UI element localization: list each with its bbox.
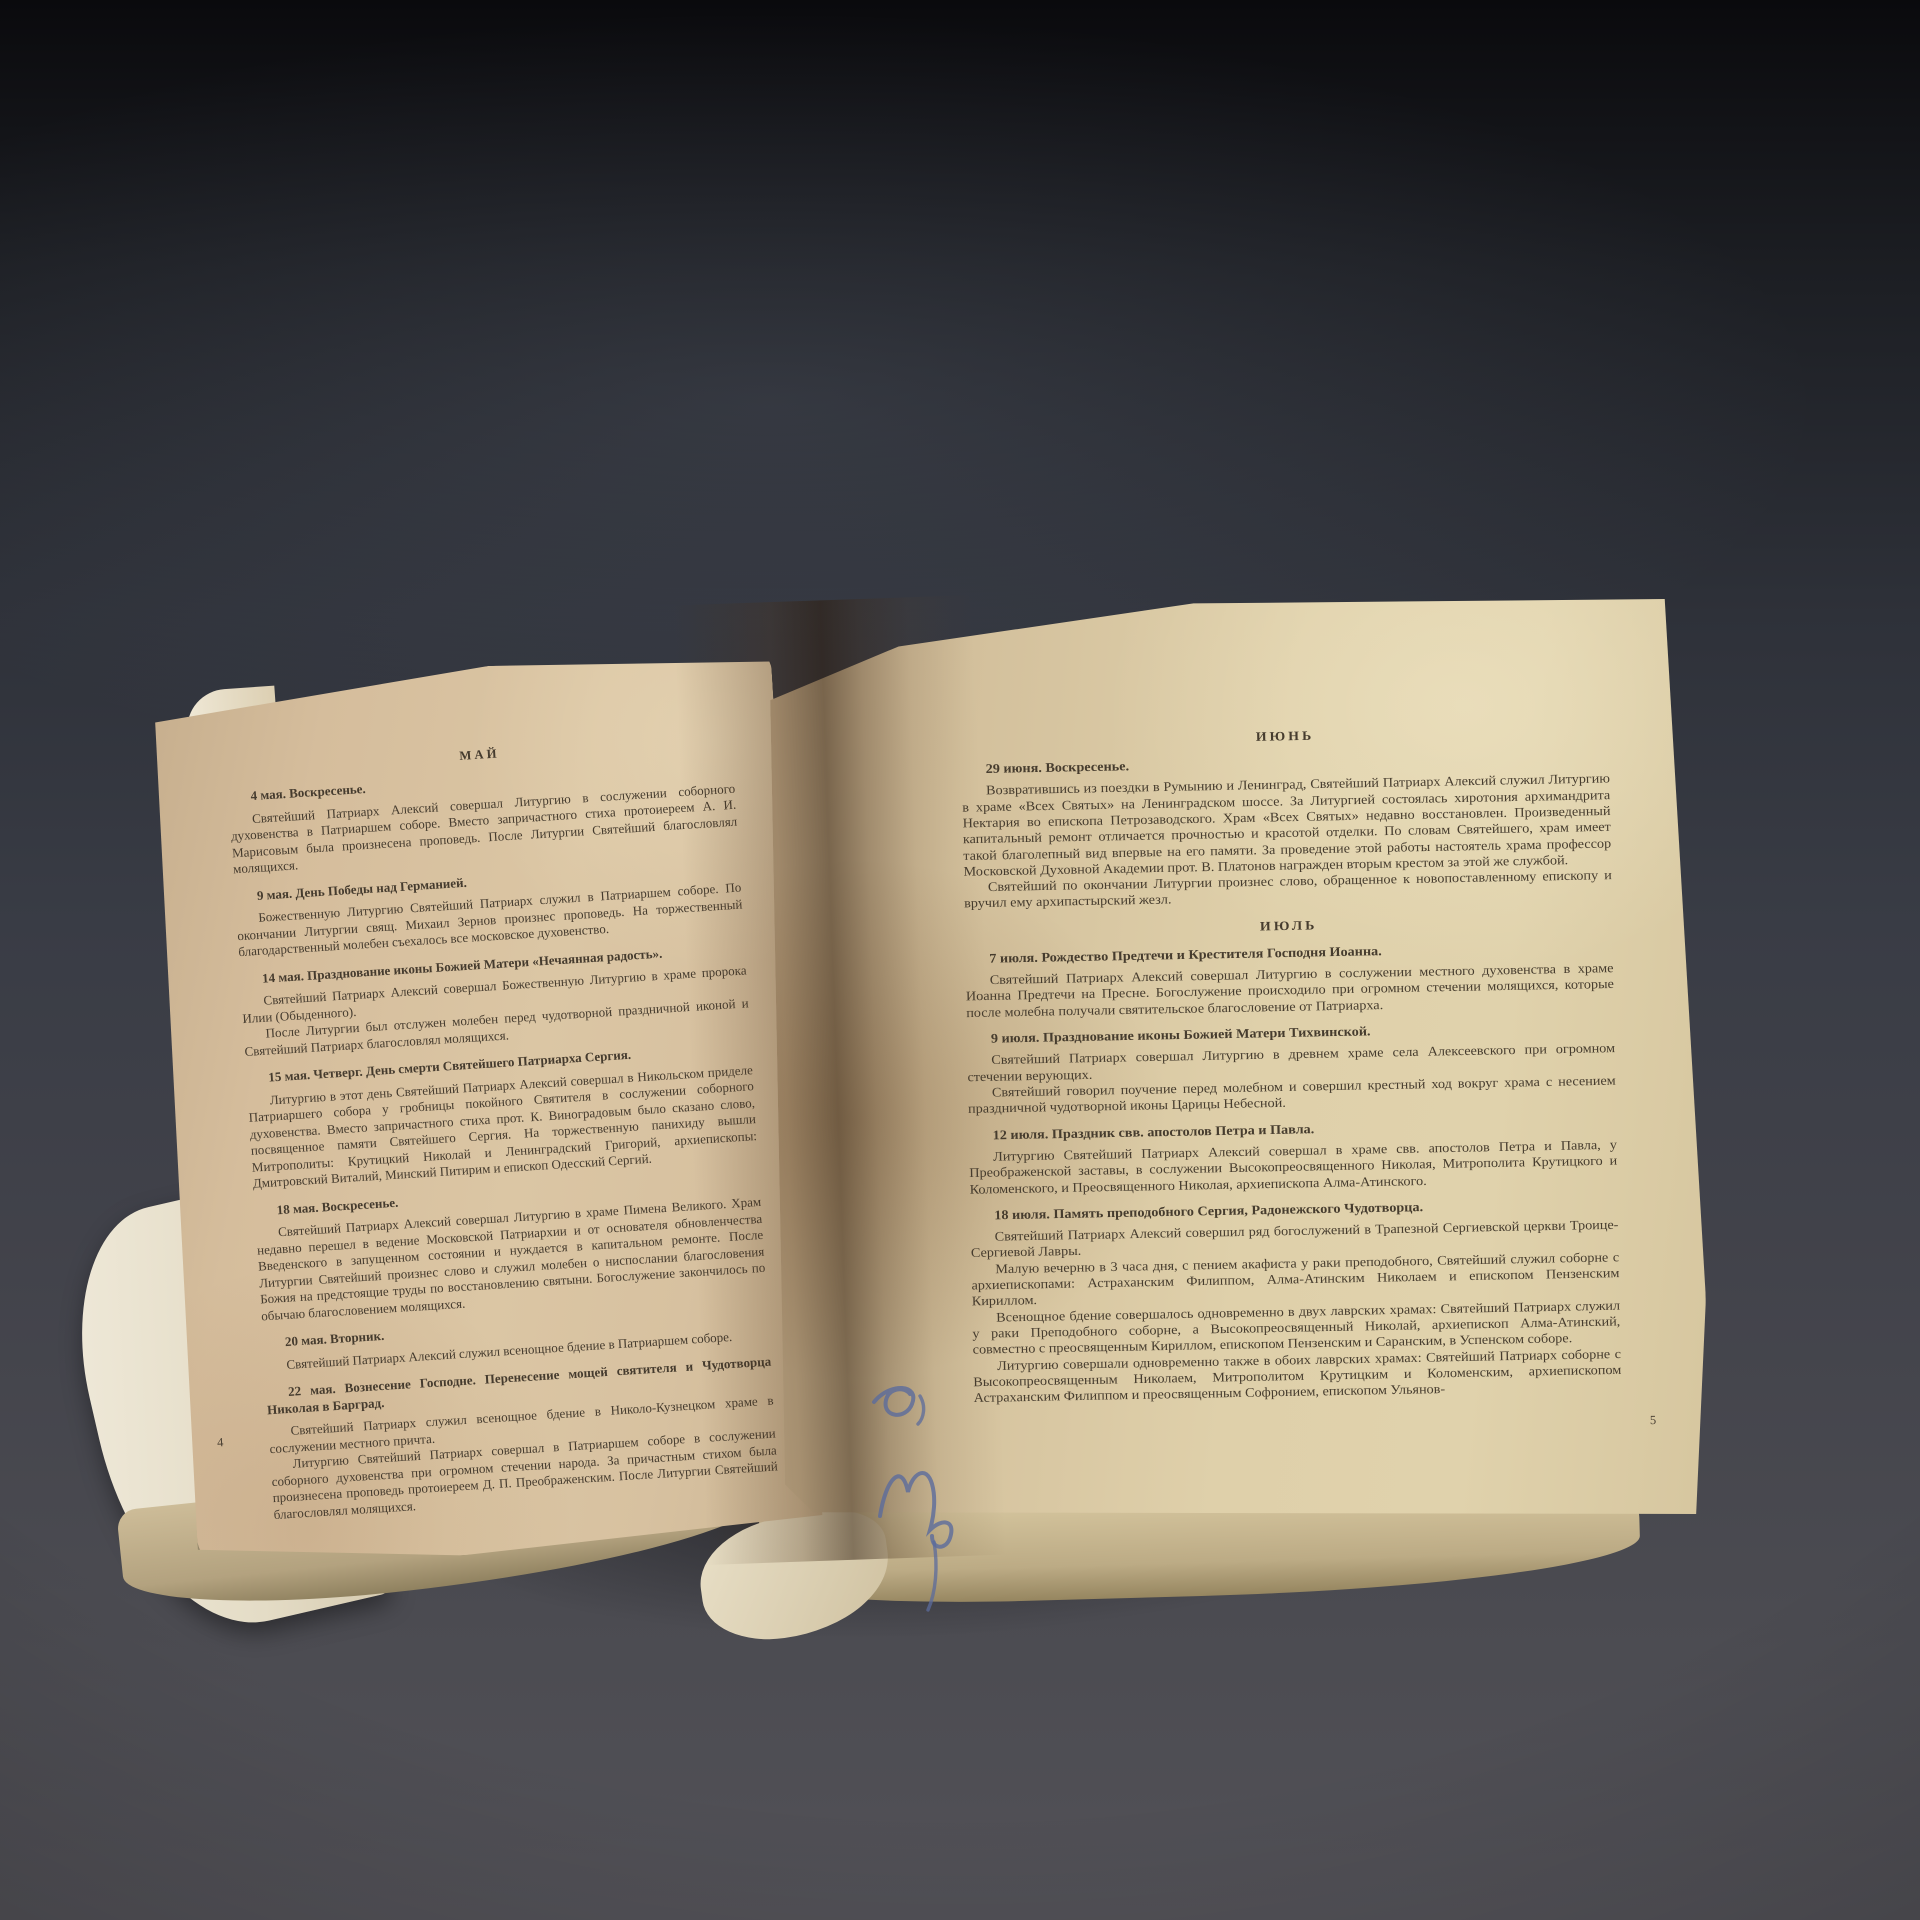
right-page-text-column: ИЮНЬ 29 июня. Воскресенье. Возвратившись… [961,711,1622,1407]
entry: 22 мая. Вознесение Господне. Перенесение… [266,1354,780,1523]
entry: 14 мая. Празднование иконы Божией Матери… [240,940,751,1060]
month-header-july: ИЮЛЬ [965,913,1613,941]
entry: 18 мая. Воскресенье. Святейший Патриарх … [254,1172,767,1325]
left-page-text-column: МАЙ 4 мая. Воскресенье. Святейший Патриа… [226,717,780,1523]
right-page: ИЮНЬ 29 июня. Воскресенье. Возвратившись… [768,589,1710,1541]
entry: 12 июля. Праздник свв. апостолов Петра и… [968,1116,1617,1198]
entry: 15 мая. Четверг. День смерти Святейшего … [246,1039,759,1192]
entry-paragraph: Возвратившись из поездки в Румынию и Лен… [962,772,1612,881]
left-page: МАЙ 4 мая. Воскресенье. Святейший Патриа… [144,648,826,1572]
page-number-right: 5 [1650,1413,1657,1428]
entry: 9 июля. Празднование иконы Божией Матери… [967,1020,1617,1119]
page-number-left: 4 [217,1435,224,1450]
entry: 4 мая. Воскресенье. Святейший Патриарх А… [228,758,739,878]
entry-paragraph: Святейший Патриарх Алексий совершал Литу… [965,961,1614,1022]
entry: 29 июня. Воскресенье. Возвратившись из п… [961,750,1612,913]
month-header-june: ИЮНЬ [961,724,1609,752]
entry: 18 июля. Память преподобного Сергия, Рад… [970,1196,1622,1407]
photo-scene: МАЙ 4 мая. Воскресенье. Святейший Патриа… [0,0,1920,1920]
entry: 7 июля. Рождество Предтечи и Крестителя … [965,939,1614,1021]
entry-paragraph: Литургию Святейший Патриарх Алексий сове… [969,1138,1618,1199]
